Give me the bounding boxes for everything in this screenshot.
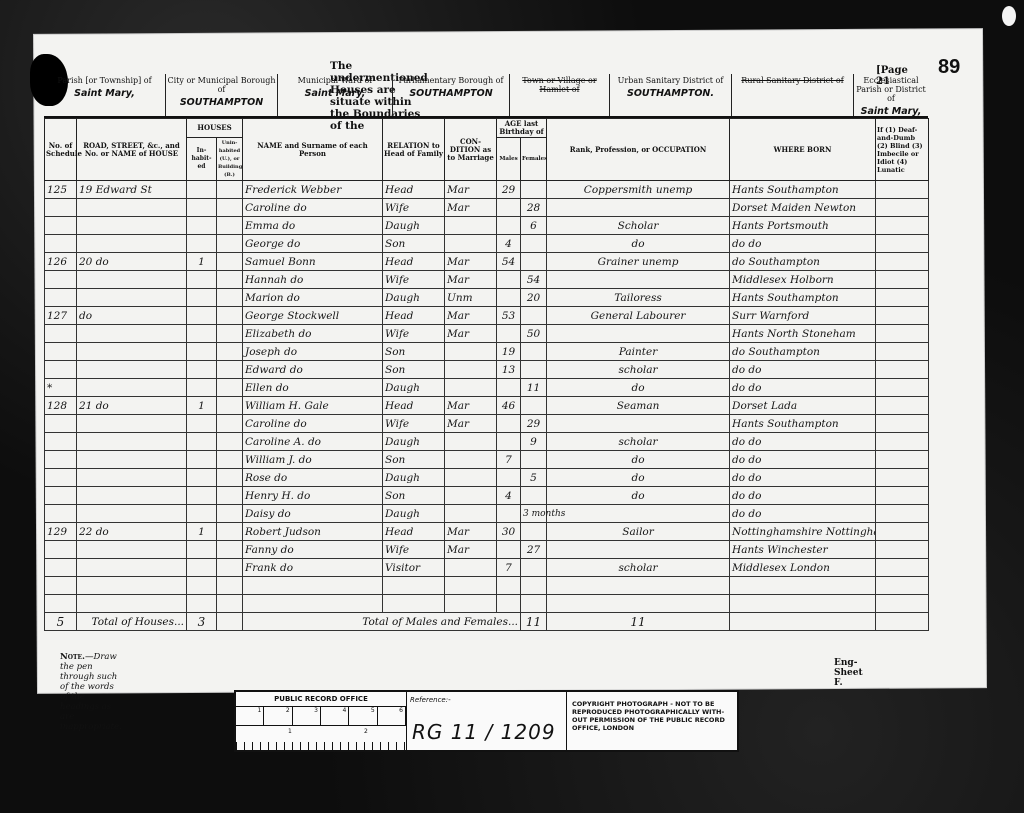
female-age-cell: 9: [521, 433, 547, 451]
name-cell: Emma do: [243, 217, 383, 235]
infirmity-cell: [876, 415, 929, 433]
uninhabited-cell: [217, 343, 243, 361]
schedule-cell: [45, 217, 77, 235]
census-row: Caroline doWifeMar28Dorset Maiden Newton: [45, 199, 929, 217]
condition-cell: Mar: [445, 253, 497, 271]
uninhabited-cell: [217, 505, 243, 523]
road-cell: [77, 559, 187, 577]
where-born-cell: do do: [730, 469, 876, 487]
schedule-cell: 126: [45, 253, 77, 271]
road-cell: [77, 343, 187, 361]
male-age-cell: [497, 577, 521, 595]
male-age-cell: [497, 469, 521, 487]
boundary-label: City or Municipal Borough of: [168, 76, 276, 94]
occupation-cell: do: [547, 451, 730, 469]
infirmity-cell: [876, 271, 929, 289]
boundary-cell: Parliamentary Borough ofSOUTHAMPTON: [393, 74, 510, 116]
note-prefix: Note.: [60, 652, 85, 662]
col-condition: CON-DITION as to Marriage: [445, 119, 497, 181]
infirmity-cell: [876, 559, 929, 577]
occupation-cell: [547, 271, 730, 289]
male-age-cell: [497, 325, 521, 343]
relation-cell: Daugh: [383, 433, 445, 451]
col-infirmity: If (1) Deaf-and-Dumb (2) Blind (3) Imbec…: [876, 119, 929, 181]
female-age-cell: [521, 451, 547, 469]
female-age-cell: [521, 253, 547, 271]
occupation-cell: scholar: [547, 433, 730, 451]
inhabited-cell: [187, 343, 217, 361]
uninhabited-cell: [217, 415, 243, 433]
relation-cell: Son: [383, 235, 445, 253]
road-cell: [77, 433, 187, 451]
column-header-row: No. of Schedule ROAD, STREET, &c., and N…: [45, 119, 929, 138]
relation-cell: Wife: [383, 415, 445, 433]
total-blank-born: [876, 613, 929, 631]
condition-cell: [445, 451, 497, 469]
name-cell: William J. do: [243, 451, 383, 469]
road-cell: [77, 451, 187, 469]
reference-number: RG 11 / 1209: [412, 720, 556, 744]
schedule-cell: 128: [45, 397, 77, 415]
female-age-cell: 28: [521, 199, 547, 217]
boundary-cell: Town or Village or Hamlet of: [510, 74, 610, 116]
sheet-label: Eng- Sheet F.: [834, 658, 863, 688]
condition-cell: [445, 217, 497, 235]
occupation-cell: do: [547, 379, 730, 397]
relation-cell: Head: [383, 253, 445, 271]
schedule-cell: [45, 451, 77, 469]
boundary-value: SOUTHAMPTON: [166, 98, 277, 107]
infirmity-cell: [876, 469, 929, 487]
census-row: Henry H. doSon4dodo do: [45, 487, 929, 505]
female-age-cell: [521, 523, 547, 541]
totals-row: 5 Total of Houses... 3 Total of Males an…: [45, 613, 929, 631]
stamp-reference-box: Reference:- RG 11 / 1209: [406, 692, 567, 750]
schedule-cell: [45, 271, 77, 289]
road-cell: do: [77, 307, 187, 325]
inhabited-cell: [187, 181, 217, 199]
road-cell: [77, 469, 187, 487]
occupation-cell: Seaman: [547, 397, 730, 415]
col-where-born: WHERE BORN: [730, 119, 876, 181]
boundary-value: SOUTHAMPTON: [393, 89, 509, 98]
boundary-cell: Parish [or Township] ofSaint Mary,: [44, 74, 166, 116]
schedule-cell: [45, 541, 77, 559]
record-office-stamp: PUBLIC RECORD OFFICE 1 2 3 4 5 6 1 2 Ref…: [234, 690, 739, 752]
stamp-ruler: 1 2 3 4 5 6: [236, 707, 406, 726]
occupation-cell: Sailor: [547, 523, 730, 541]
where-born-cell: Dorset Lada: [730, 397, 876, 415]
occupation-cell: [547, 325, 730, 343]
inhabited-cell: 1: [187, 397, 217, 415]
occupation-cell: do: [547, 487, 730, 505]
uninhabited-cell: [217, 487, 243, 505]
female-age-cell: [521, 307, 547, 325]
uninhabited-cell: [217, 595, 243, 613]
total-houses-label: Total of Houses...: [77, 613, 187, 631]
inhabited-cell: [187, 541, 217, 559]
road-cell: [77, 361, 187, 379]
census-row: Hannah doWifeMar54Middlesex Holborn: [45, 271, 929, 289]
copyright-notice: COPYRIGHT PHOTOGRAPH - NOT TO BE REPRODU…: [566, 692, 736, 750]
ruler-mark: 6: [378, 707, 406, 725]
inhabited-cell: [187, 451, 217, 469]
male-age-cell: 13: [497, 361, 521, 379]
census-row: William J. doSon7dodo do: [45, 451, 929, 469]
road-cell: [77, 415, 187, 433]
boundary-cell: Ecclesiastical Parish or District ofSain…: [854, 74, 928, 116]
infirmity-cell: [876, 325, 929, 343]
name-cell: Henry H. do: [243, 487, 383, 505]
where-born-cell: Nottinghamshire Nottingham: [730, 523, 876, 541]
census-row: 12620 do1Samuel BonnHeadMar54Grainer une…: [45, 253, 929, 271]
scale-mark: 1: [288, 728, 292, 735]
name-cell: Caroline A. do: [243, 433, 383, 451]
heading-note: Note.—Draw the pen through such of the w…: [60, 652, 122, 732]
female-age-cell: 6: [521, 217, 547, 235]
inhabited-cell: [187, 469, 217, 487]
infirmity-cell: [876, 253, 929, 271]
note-text: —Draw the pen through such of the words …: [60, 652, 122, 732]
male-age-cell: [497, 415, 521, 433]
condition-cell: [445, 505, 497, 523]
condition-cell: Mar: [445, 181, 497, 199]
male-age-cell: 7: [497, 451, 521, 469]
schedule-cell: [45, 433, 77, 451]
female-age-cell: 11: [521, 379, 547, 397]
female-age-cell: [521, 343, 547, 361]
uninhabited-cell: [217, 451, 243, 469]
condition-cell: [445, 361, 497, 379]
relation-cell: Wife: [383, 325, 445, 343]
female-age-cell: 5: [521, 469, 547, 487]
census-table: No. of Schedule ROAD, STREET, &c., and N…: [44, 118, 929, 631]
occupation-cell: Coppersmith unemp: [547, 181, 730, 199]
boundary-label: Parliamentary Borough of: [399, 76, 504, 85]
where-born-cell: [730, 595, 876, 613]
relation-cell: Son: [383, 343, 445, 361]
occupation-cell: General Labourer: [547, 307, 730, 325]
census-row: Frank doVisitor7scholarMiddlesex London: [45, 559, 929, 577]
schedule-cell: [45, 289, 77, 307]
relation-cell: Son: [383, 487, 445, 505]
infirmity-cell: [876, 541, 929, 559]
occupation-cell: [547, 415, 730, 433]
col-inhabited: In-habit-ed: [187, 138, 217, 181]
where-born-cell: Dorset Maiden Newton: [730, 199, 876, 217]
female-age-cell: 20: [521, 289, 547, 307]
uninhabited-cell: [217, 235, 243, 253]
schedule-cell: [45, 505, 77, 523]
census-row: Rose doDaugh5dodo do: [45, 469, 929, 487]
male-age-cell: [497, 505, 521, 523]
road-cell: [77, 325, 187, 343]
where-born-cell: Hants Southampton: [730, 289, 876, 307]
relation-cell: Head: [383, 523, 445, 541]
name-cell: Elizabeth do: [243, 325, 383, 343]
census-row: Elizabeth doWifeMar50Hants North Stoneha…: [45, 325, 929, 343]
boundary-label: Ecclesiastical Parish or District of: [856, 76, 926, 103]
female-age-cell: 29: [521, 415, 547, 433]
total-blank-occupation: [730, 613, 876, 631]
condition-cell: Mar: [445, 325, 497, 343]
name-cell: Hannah do: [243, 271, 383, 289]
inhabited-cell: [187, 199, 217, 217]
uninhabited-cell: [217, 577, 243, 595]
female-age-cell: [521, 361, 547, 379]
schedule-cell: *: [45, 379, 77, 397]
total-persons-label: Total of Males and Females...: [243, 613, 521, 631]
schedule-cell: [45, 415, 77, 433]
relation-cell: Head: [383, 397, 445, 415]
col-age: AGE last Birthday of: [497, 119, 547, 138]
female-age-cell: [521, 595, 547, 613]
condition-cell: Mar: [445, 397, 497, 415]
female-age-cell: 27: [521, 541, 547, 559]
ruler-mark: 1: [236, 707, 264, 725]
name-cell: Rose do: [243, 469, 383, 487]
schedule-cell: [45, 325, 77, 343]
schedule-cell: [45, 235, 77, 253]
col-relation: RELATION to Head of Family: [383, 119, 445, 181]
total-houses-inhabited: 3: [187, 613, 217, 631]
relation-cell: Son: [383, 451, 445, 469]
inhabited-cell: [187, 217, 217, 235]
uninhabited-cell: [217, 325, 243, 343]
col-uninhabited: Unin-habited (U.), or Building (B.): [217, 138, 243, 181]
name-cell: Marion do: [243, 289, 383, 307]
total-schedules: 5: [45, 613, 77, 631]
condition-cell: Unm: [445, 289, 497, 307]
inhabited-cell: [187, 271, 217, 289]
female-age-cell: [521, 487, 547, 505]
name-cell: George do: [243, 235, 383, 253]
occupation-cell: scholar: [547, 361, 730, 379]
infirmity-cell: [876, 523, 929, 541]
schedule-cell: [45, 343, 77, 361]
census-row: 12922 do1Robert JudsonHeadMar30SailorNot…: [45, 523, 929, 541]
census-row: *Ellen doDaugh11dodo do: [45, 379, 929, 397]
where-born-cell: do do: [730, 451, 876, 469]
uninhabited-cell: [217, 379, 243, 397]
infirmity-cell: [876, 451, 929, 469]
col-schedule: No. of Schedule: [45, 119, 77, 181]
infirmity-cell: [876, 343, 929, 361]
boundary-value: Saint Mary,: [278, 89, 392, 98]
condition-cell: Mar: [445, 271, 497, 289]
where-born-cell: do do: [730, 379, 876, 397]
occupation-cell: scholar: [547, 559, 730, 577]
film-punch-hole: [1002, 6, 1016, 26]
infirmity-cell: [876, 199, 929, 217]
boundary-cell: Municipal Ward ofSaint Mary,: [278, 74, 393, 116]
census-row: [45, 577, 929, 595]
uninhabited-cell: [217, 397, 243, 415]
ruler-mark: 4: [321, 707, 349, 725]
census-row: Marion doDaughUnm20TailoressHants Southa…: [45, 289, 929, 307]
road-cell: [77, 595, 187, 613]
male-age-cell: 53: [497, 307, 521, 325]
where-born-cell: Hants North Stoneham: [730, 325, 876, 343]
col-occupation: Rank, Profession, or OCCUPATION: [547, 119, 730, 181]
uninhabited-cell: [217, 541, 243, 559]
census-row: Caroline A. doDaugh9scholardo do: [45, 433, 929, 451]
relation-cell: [383, 595, 445, 613]
boundary-label: Urban Sanitary District of: [618, 76, 724, 85]
condition-cell: Mar: [445, 415, 497, 433]
occupation-cell: [547, 199, 730, 217]
where-born-cell: Surr Warnford: [730, 307, 876, 325]
boundary-label: Parish [or Township] of: [57, 76, 151, 85]
name-cell: [243, 577, 383, 595]
uninhabited-cell: [217, 523, 243, 541]
male-age-cell: 19: [497, 343, 521, 361]
road-cell: [77, 235, 187, 253]
road-cell: [77, 199, 187, 217]
where-born-cell: Hants Southampton: [730, 181, 876, 199]
census-row: Emma doDaugh6ScholarHants Portsmouth: [45, 217, 929, 235]
where-born-cell: do do: [730, 361, 876, 379]
schedule-cell: [45, 199, 77, 217]
condition-cell: [445, 469, 497, 487]
inhabited-cell: [187, 307, 217, 325]
total-females: 11: [547, 613, 730, 631]
reference-label: Reference:-: [410, 696, 566, 704]
name-cell: Frank do: [243, 559, 383, 577]
relation-cell: Wife: [383, 199, 445, 217]
infirmity-cell: [876, 433, 929, 451]
infirmity-cell: [876, 505, 929, 523]
where-born-cell: do Southampton: [730, 253, 876, 271]
relation-cell: Wife: [383, 271, 445, 289]
inhabited-cell: [187, 289, 217, 307]
uninhabited-cell: [217, 307, 243, 325]
schedule-cell: [45, 361, 77, 379]
boundary-label: Municipal Ward of: [298, 76, 373, 85]
name-cell: Ellen do: [243, 379, 383, 397]
occupation-cell: do: [547, 235, 730, 253]
col-road: ROAD, STREET, &c., and No. or NAME of HO…: [77, 119, 187, 181]
census-row: 12821 do1William H. GaleHeadMar46SeamanD…: [45, 397, 929, 415]
road-cell: 21 do: [77, 397, 187, 415]
male-age-cell: 30: [497, 523, 521, 541]
name-cell: Caroline do: [243, 199, 383, 217]
boundary-cell: Rural Sanitary District of: [732, 74, 854, 116]
occupation-cell: Tailoress: [547, 289, 730, 307]
uninhabited-cell: [217, 217, 243, 235]
where-born-cell: Middlesex Holborn: [730, 271, 876, 289]
female-age-cell: [521, 397, 547, 415]
male-age-cell: 7: [497, 559, 521, 577]
female-age-cell: [521, 235, 547, 253]
condition-cell: [445, 235, 497, 253]
inhabited-cell: [187, 415, 217, 433]
infirmity-cell: [876, 487, 929, 505]
male-age-cell: 4: [497, 487, 521, 505]
schedule-cell: [45, 559, 77, 577]
where-born-cell: do do: [730, 433, 876, 451]
schedule-cell: [45, 577, 77, 595]
male-age-cell: [497, 379, 521, 397]
condition-cell: [445, 343, 497, 361]
where-born-cell: do Southampton: [730, 343, 876, 361]
condition-cell: Mar: [445, 199, 497, 217]
infirmity-cell: [876, 181, 929, 199]
condition-cell: [445, 379, 497, 397]
where-born-cell: [730, 577, 876, 595]
condition-cell: Mar: [445, 541, 497, 559]
inhabited-cell: [187, 325, 217, 343]
name-cell: [243, 595, 383, 613]
col-name: NAME and Surname of each Person: [243, 119, 383, 181]
uninhabited-cell: [217, 559, 243, 577]
name-cell: Joseph do: [243, 343, 383, 361]
census-row: Joseph doSon19Painterdo Southampton: [45, 343, 929, 361]
boundary-label: Rural Sanitary District of: [741, 76, 843, 85]
relation-cell: Daugh: [383, 505, 445, 523]
name-cell: Fanny do: [243, 541, 383, 559]
col-males: Males: [497, 138, 521, 181]
male-age-cell: 54: [497, 253, 521, 271]
male-age-cell: [497, 595, 521, 613]
road-cell: 20 do: [77, 253, 187, 271]
male-age-cell: 4: [497, 235, 521, 253]
name-cell: George Stockwell: [243, 307, 383, 325]
male-age-cell: [497, 199, 521, 217]
census-row: Fanny doWifeMar27Hants Winchester: [45, 541, 929, 559]
census-row: [45, 595, 929, 613]
name-cell: Daisy do: [243, 505, 383, 523]
infirmity-cell: [876, 577, 929, 595]
ruler-mark: 3: [293, 707, 321, 725]
boundary-value: SOUTHAMPTON.: [610, 89, 731, 98]
condition-cell: [445, 559, 497, 577]
folio-number: 89: [938, 56, 960, 79]
female-age-cell: 50: [521, 325, 547, 343]
stamp-ruler-box: PUBLIC RECORD OFFICE 1 2 3 4 5 6 1 2: [236, 692, 407, 750]
uninhabited-cell: [217, 433, 243, 451]
female-age-cell: [521, 181, 547, 199]
where-born-cell: do do: [730, 487, 876, 505]
infirmity-cell: [876, 289, 929, 307]
where-born-cell: Hants Portsmouth: [730, 217, 876, 235]
ruler-mark: 5: [349, 707, 377, 725]
name-cell: Samuel Bonn: [243, 253, 383, 271]
relation-cell: Daugh: [383, 469, 445, 487]
condition-cell: [445, 595, 497, 613]
road-cell: [77, 379, 187, 397]
stamp-scale: 1 2: [236, 726, 406, 750]
uninhabited-cell: [217, 469, 243, 487]
male-age-cell: [497, 217, 521, 235]
infirmity-cell: [876, 235, 929, 253]
ruler-mark: 2: [264, 707, 292, 725]
census-row: Daisy doDaugh3 monthsdo do: [45, 505, 929, 523]
uninhabited-cell: [217, 271, 243, 289]
relation-cell: Daugh: [383, 217, 445, 235]
schedule-cell: [45, 469, 77, 487]
road-cell: [77, 289, 187, 307]
boundary-cell: Urban Sanitary District ofSOUTHAMPTON.: [610, 74, 732, 116]
where-born-cell: do do: [730, 235, 876, 253]
road-cell: [77, 217, 187, 235]
condition-cell: Mar: [445, 307, 497, 325]
occupation-cell: Painter: [547, 343, 730, 361]
occupation-cell: Scholar: [547, 217, 730, 235]
total-houses-uninhabited: [217, 613, 243, 631]
infirmity-cell: [876, 307, 929, 325]
inhabited-cell: [187, 559, 217, 577]
